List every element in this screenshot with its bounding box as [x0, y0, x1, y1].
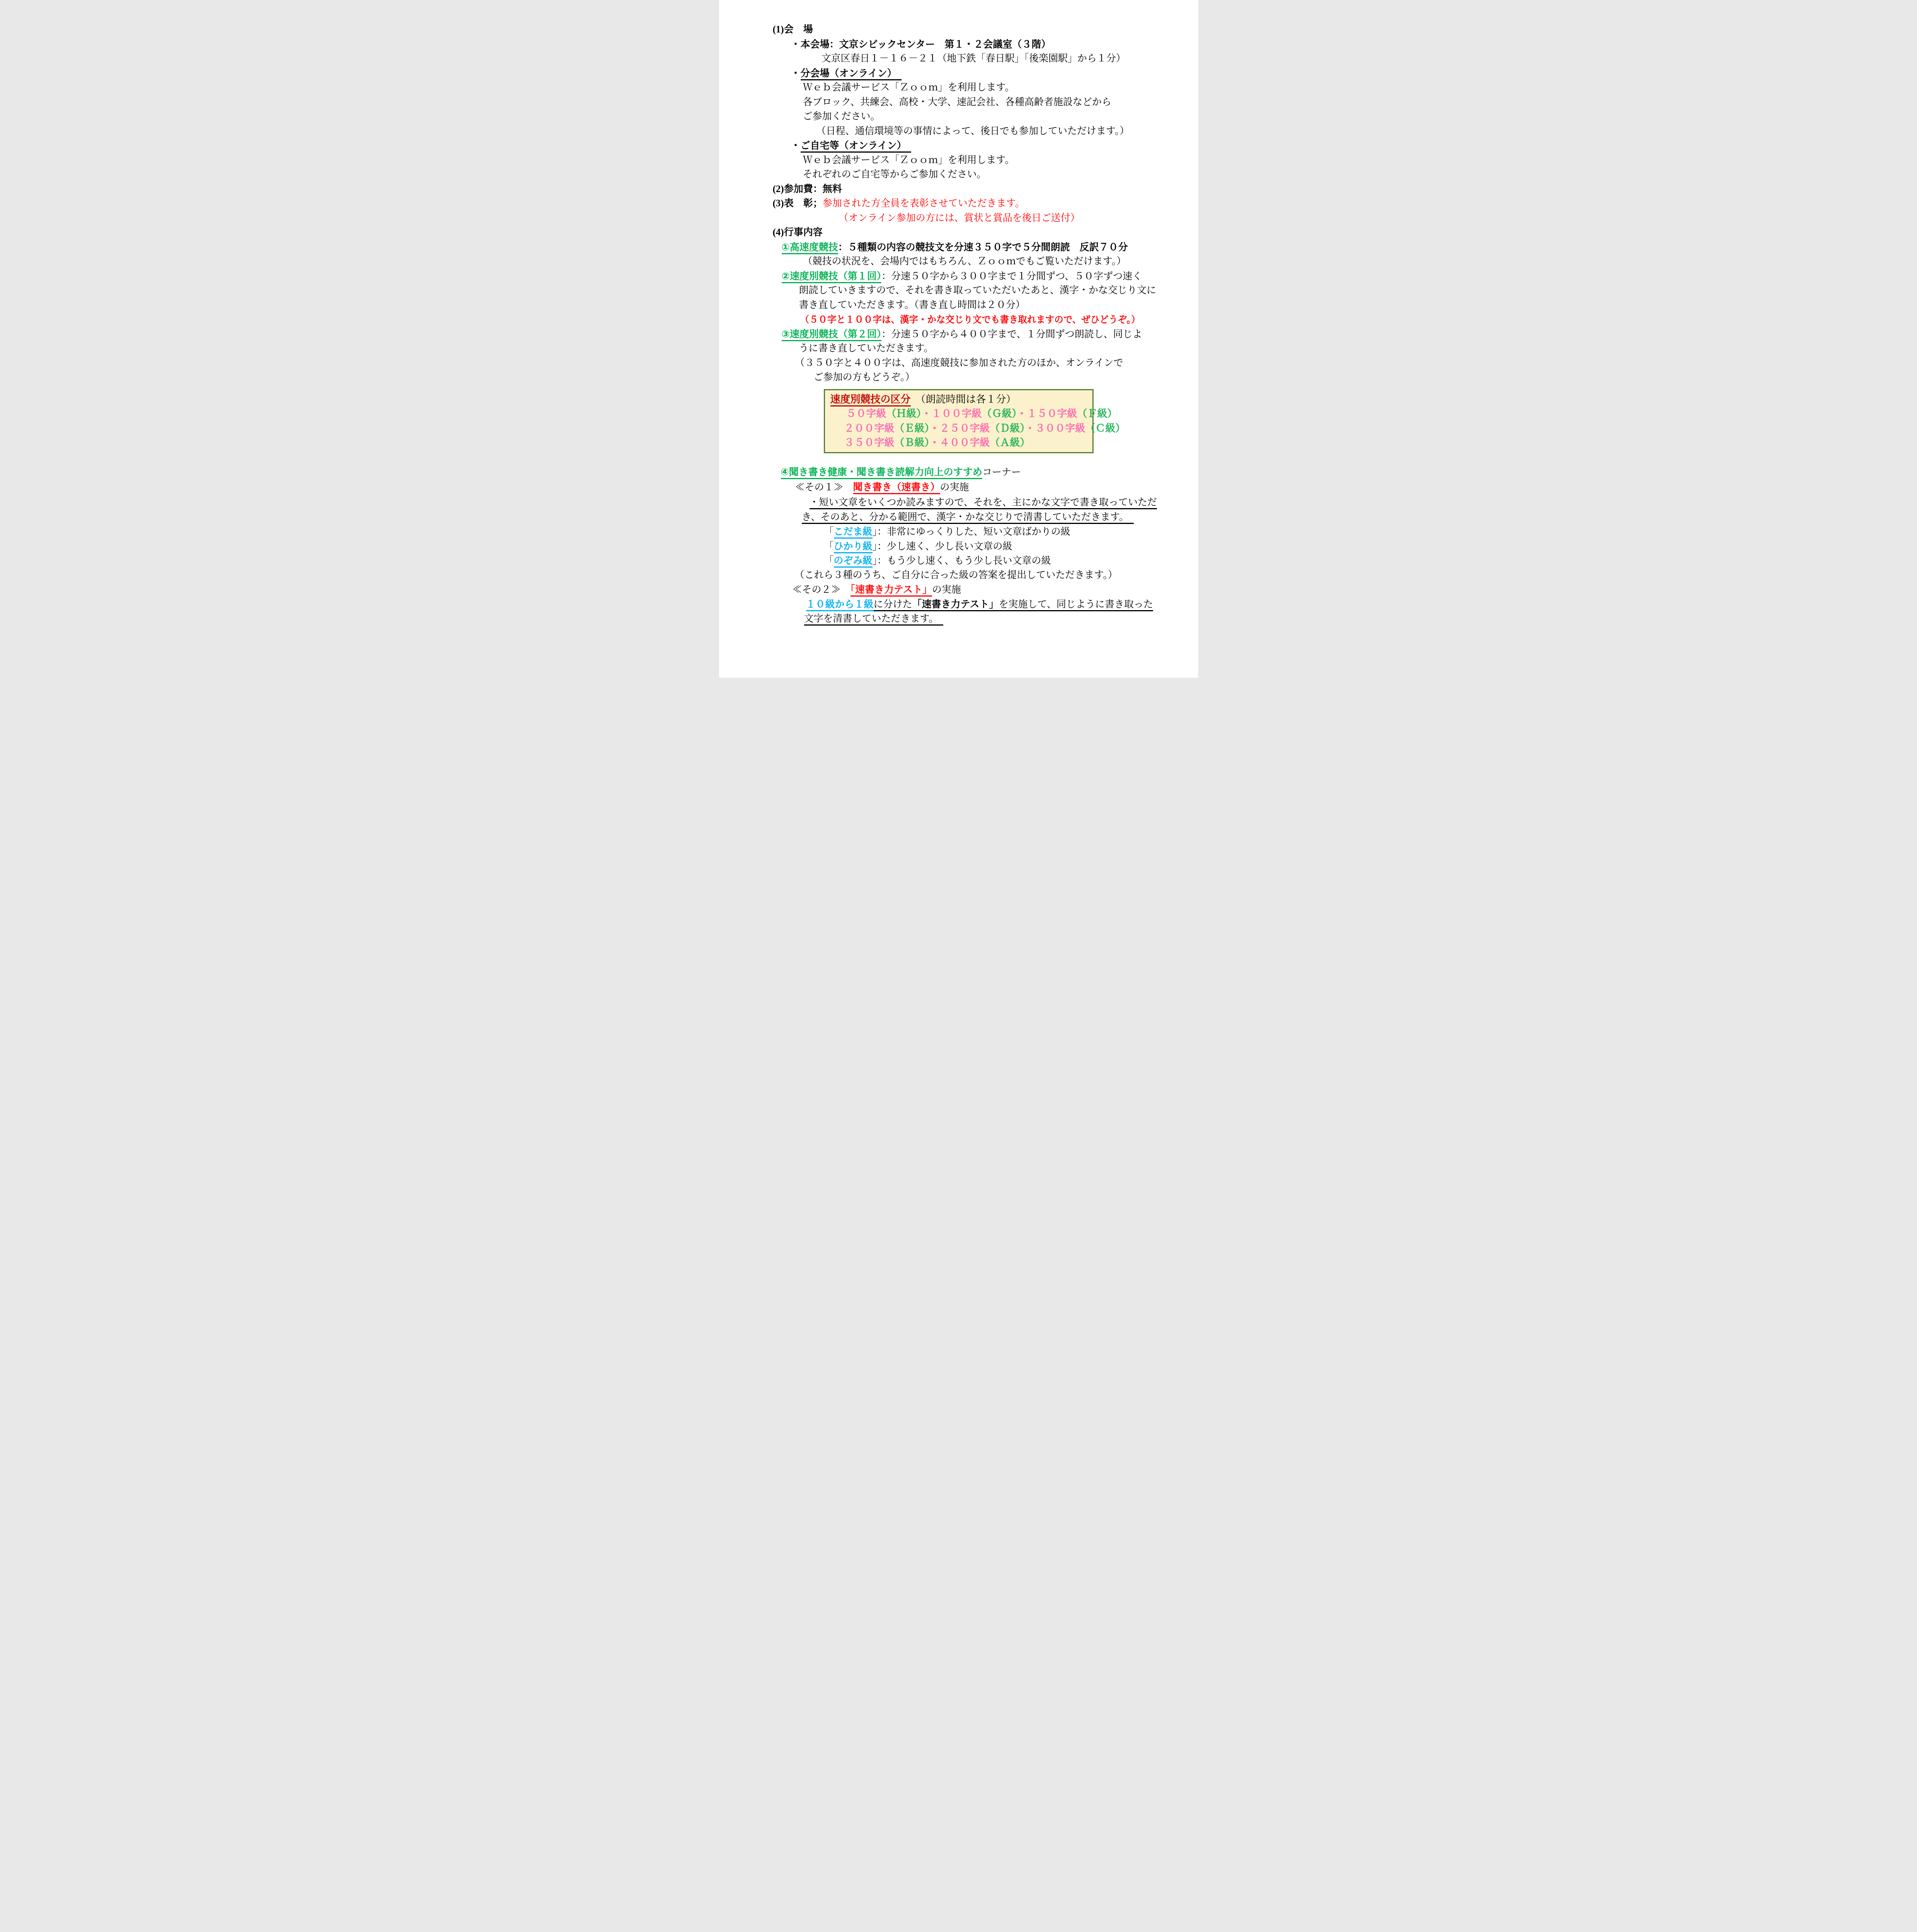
text-line-10: それぞれのご自宅等からご参加ください。: [803, 168, 987, 182]
text-line-13: （オンライン参加の方には、賞状と賞品を後日ご送付）: [839, 211, 1080, 225]
grade-box-line-3: ３５０字級（Ｂ級）・４００字級（Ａ級）: [844, 435, 1030, 449]
text-run-14-0: (4)行事内容: [773, 227, 823, 238]
text-run-31-1: のぞみ級: [834, 555, 873, 568]
text-run-34-0: １０級から１級: [806, 599, 874, 611]
text-line-11: (2)参加費：無料: [773, 182, 842, 196]
text-line-15: ①高速度競技：５種類の内容の競技文を分速３５０字で５分間朗読 反訳７０分: [782, 240, 1128, 254]
text-run-29-0: 「: [824, 527, 834, 537]
text-line-27: ・短い文章をいくつか読みますので、それを、主にかな文字で書き取っていただ: [810, 496, 1157, 510]
text-run-30-2: 」: [873, 541, 878, 552]
text-run-12-0: (3)表 彰；: [773, 198, 823, 209]
text-line-17: ②速度別競技（第１回）：分速５０字から３００字まで１分間ずつ、５０字ずつ速く: [782, 269, 1142, 283]
text-run-4-0: Ｗｅｂ会議サービス「Ｚｏｏｍ」を利用します。: [803, 82, 1015, 93]
grade-box-run-2-4: （Ｄ級）: [990, 422, 1025, 434]
text-line-29: 「こだま級」：非常にゆっくりした、短い文章ばかりの級: [824, 525, 1070, 539]
grade-box-line-0: 速度別競技の区分 （朗読時間は各１分）: [830, 392, 1016, 406]
text-line-28: き、そのあと、分かる範囲で、漢字・かな交じりで清書していただきます。: [802, 510, 1134, 524]
text-run-11-0: (2)参加費：無料: [773, 184, 842, 194]
grade-box-line-2: ２００字級（Ｅ級）・２５０字級（Ｄ級）・３００字級（Ｃ級）: [844, 421, 1126, 435]
text-run-16-0: （競技の状況を、会場内ではもちろん、Ｚｏｏｍでもご覧いただけます。）: [803, 256, 1126, 267]
text-line-14: (4)行事内容: [773, 226, 823, 240]
text-run-15-0: ①高速度競技: [782, 242, 838, 254]
text-run-5-0: 各ブロック、共練会、高校・大学、速記会社、各種高齢者施設などから: [803, 97, 1112, 107]
text-line-24: ご参加の方もどうぞ。）: [814, 371, 915, 384]
text-line-9: Ｗｅｂ会議サービス「Ｚｏｏｍ」を利用します。: [803, 153, 1015, 167]
text-run-30-3: ：少し速く、少し長い文章の級: [877, 541, 1012, 552]
text-run-33-1: 「速書き力テスト」: [850, 584, 932, 597]
text-run-26-0: ≪その１≫: [795, 482, 853, 493]
text-run-1-0: ・本会場：文京シビックセンター 第１・２会議室（３階）: [791, 39, 1051, 50]
text-run-30-1: ひかり級: [834, 541, 873, 553]
text-run-32-0: （これら３種のうち、ご自分に合った級の答案を提出していただきます。）: [795, 570, 1118, 580]
grade-box-run-1-3: １００字級: [932, 408, 982, 419]
grade-box-run-1-5: ・: [1017, 408, 1027, 419]
text-line-20: （５０字と１００字は、漢字・かな交じり文でも書き取れますので、ぜひどうぞ。）: [800, 313, 1140, 327]
text-run-21-0: ③速度別競技（第２回）: [782, 329, 882, 341]
text-line-19: 書き直していただきます。（書き直し時間は２０分）: [799, 298, 1026, 312]
text-run-25-1: コーナー: [982, 467, 1021, 478]
text-run-28-0: き、そのあと、分かる範囲で、漢字・かな交じりで清書していただきます。: [802, 512, 1134, 524]
text-run-0-0: (1)会 場: [773, 24, 813, 35]
text-run-29-1: こだま級: [834, 526, 873, 539]
text-run-10-0: それぞれのご自宅等からご参加ください。: [803, 169, 987, 180]
text-run-33-0: ≪その２≫: [793, 585, 850, 595]
text-run-31-0: 「: [824, 556, 834, 566]
grade-box-line-1: ５０字級（Ｈ級）・１００字級（Ｇ級）・１５０字級（Ｆ級）: [846, 406, 1118, 420]
text-run-25-0: ④聞き書き健康・聞き書き読解力向上のすすめ: [781, 467, 982, 479]
text-run-20-0: （５０字と１００字は、漢字・かな交じり文でも書き取れますので、ぜひどうぞ。）: [800, 315, 1140, 325]
text-run-21-1: ：分速５０字から４００字まで、１分間ずつ朗読し、同じよ: [881, 329, 1142, 340]
grade-box-run-0-0: 速度別競技の区分: [830, 393, 911, 406]
grade-box-run-2-1: （Ｅ級）: [895, 422, 930, 434]
text-run-24-0: ご参加の方もどうぞ。）: [814, 372, 915, 383]
text-run-35-0: 文字を清書していただきます。: [804, 614, 944, 626]
text-line-22: うに書き直していただきます。: [799, 342, 934, 355]
text-run-34-3: を実施して、同じように書き取った: [999, 599, 1153, 611]
grade-box-run-1-6: １５０字級: [1027, 408, 1077, 419]
text-run-3-0: ・: [791, 68, 801, 79]
text-run-6-0: ご参加ください。: [803, 111, 880, 122]
text-line-5: 各ブロック、共練会、高校・大学、速記会社、各種高齢者施設などから: [803, 95, 1112, 109]
grade-box-run-2-3: ２５０字級: [940, 422, 990, 434]
text-run-15-1: ：５種類の内容の競技文を分速３５０字で５分間朗読 反訳７０分: [838, 242, 1128, 253]
text-line-23: （３５０字と４００字は、高速度競技に参加された方のほか、オンラインで: [795, 356, 1123, 370]
text-run-8-0: ・: [791, 140, 801, 151]
grade-box-run-1-1: （Ｈ級）: [886, 408, 922, 419]
text-line-30: 「ひかり級」：少し速く、少し長い文章の級: [824, 539, 1012, 553]
text-run-12-1: 参加された方全員を表彰させていただきます。: [823, 198, 1025, 209]
text-run-31-3: ：もう少し速く、もう少し長い文章の級: [877, 556, 1051, 566]
document-page: 速度別競技の区分 （朗読時間は各１分）５０字級（Ｈ級）・１００字級（Ｇ級）・１５…: [719, 0, 1198, 678]
text-line-8: ・ご自宅等（オンライン）: [791, 139, 912, 153]
text-line-4: Ｗｅｂ会議サービス「Ｚｏｏｍ」を利用します。: [803, 81, 1015, 95]
text-line-7: （日程、通信環境等の事情によって、後日でも参加していただけます。）: [816, 124, 1129, 138]
text-line-32: （これら３種のうち、ご自分に合った級の答案を提出していただきます。）: [795, 568, 1118, 582]
grade-box-run-3-4: （Ａ級）: [990, 437, 1030, 448]
text-run-31-2: 」: [873, 556, 878, 566]
text-line-6: ご参加ください。: [803, 110, 880, 124]
grade-box: 速度別競技の区分 （朗読時間は各１分）５０字級（Ｈ級）・１００字級（Ｇ級）・１５…: [824, 389, 1094, 453]
grade-box-run-2-5: ・: [1025, 422, 1035, 434]
text-run-3-1: 分会場（オンライン）: [801, 68, 902, 80]
text-line-18: 朗読していきますので、それを書き取っていただいたあと、漢字・かな交じり文に: [799, 284, 1157, 298]
text-line-34: １０級から１級に分けた「速書き力テスト」を実施して、同じように書き取った: [806, 597, 1153, 611]
text-run-29-3: ：非常にゆっくりした、短い文章ばかりの級: [877, 527, 1070, 537]
text-line-33: ≪その２≫ 「速書き力テスト」の実施: [793, 583, 961, 597]
text-run-26-1: 聞き書き（速書き）: [853, 482, 940, 494]
text-run-34-2: 「速書き力テスト」: [912, 599, 999, 611]
text-run-17-1: ：分速５０字から３００字まで１分間ずつ、５０字ずつ速く: [881, 271, 1142, 282]
text-line-21: ③速度別競技（第２回）：分速５０字から４００字まで、１分間ずつ朗読し、同じよ: [782, 327, 1142, 341]
text-run-27-0: ・短い文章をいくつか読みますので、それを、主にかな文字で書き取っていただ: [810, 497, 1157, 509]
text-run-7-0: （日程、通信環境等の事情によって、後日でも参加していただけます。）: [816, 126, 1129, 136]
text-run-2-0: 文京区春日１－１６－２１（地下鉄「春日駅」「後楽園駅」から１分）: [822, 53, 1126, 64]
text-line-2: 文京区春日１－１６－２１（地下鉄「春日駅」「後楽園駅」から１分）: [822, 52, 1126, 66]
text-run-30-0: 「: [824, 541, 834, 552]
text-line-35: 文字を清書していただきます。: [804, 612, 944, 626]
text-run-26-2: の実施: [940, 482, 969, 493]
grade-box-run-1-7: （Ｆ級）: [1077, 408, 1118, 419]
text-run-8-1: ご自宅等（オンライン）: [801, 140, 912, 153]
text-run-22-0: うに書き直していただきます。: [799, 343, 934, 354]
grade-box-run-2-7: （Ｃ級）: [1085, 422, 1126, 434]
text-line-31: 「のぞみ級」：もう少し速く、もう少し長い文章の級: [824, 554, 1051, 568]
text-line-1: ・本会場：文京シビックセンター 第１・２会議室（３階）: [791, 37, 1051, 51]
text-line-12: (3)表 彰；参加された方全員を表彰させていただきます。: [773, 197, 1025, 211]
text-run-13-0: （オンライン参加の方には、賞状と賞品を後日ご送付）: [839, 213, 1080, 223]
grade-box-run-3-0: ３５０字級: [844, 437, 895, 448]
grade-box-run-1-4: （Ｇ級）: [982, 408, 1017, 419]
text-run-19-0: 書き直していただきます。（書き直し時間は２０分）: [799, 300, 1026, 310]
text-run-9-0: Ｗｅｂ会議サービス「Ｚｏｏｍ」を利用します。: [803, 155, 1015, 165]
text-run-33-2: の実施: [932, 585, 961, 595]
text-run-29-2: 」: [873, 527, 878, 537]
text-run-34-1: に分けた: [874, 599, 912, 611]
text-line-16: （競技の状況を、会場内ではもちろん、Ｚｏｏｍでもご覧いただけます。）: [803, 255, 1126, 269]
grade-box-run-0-1: （朗読時間は各１分）: [911, 394, 1016, 405]
grade-box-run-2-2: ・: [930, 422, 940, 434]
grade-box-run-2-6: ３００字級: [1035, 422, 1085, 434]
text-run-17-0: ②速度別競技（第１回）: [782, 271, 882, 283]
grade-box-run-3-2: ・: [930, 437, 940, 448]
grade-box-run-3-3: ４００字級: [940, 437, 990, 448]
grade-box-run-1-2: ・: [922, 408, 932, 419]
text-line-0: (1)会 場: [773, 23, 813, 37]
grade-box-run-2-0: ２００字級: [844, 422, 895, 434]
text-line-3: ・分会場（オンライン）: [791, 66, 902, 80]
text-line-26: ≪その１≫ 聞き書き（速書き）の実施: [795, 480, 969, 494]
grade-box-run-3-1: （Ｂ級）: [895, 437, 930, 448]
text-run-23-0: （３５０字と４００字は、高速度競技に参加された方のほか、オンラインで: [795, 358, 1123, 368]
text-line-25: ④聞き書き健康・聞き書き読解力向上のすすめコーナー: [781, 465, 1021, 479]
grade-box-run-1-0: ５０字級: [846, 408, 886, 419]
text-run-18-0: 朗読していきますので、それを書き取っていただいたあと、漢字・かな交じり文に: [799, 285, 1157, 296]
